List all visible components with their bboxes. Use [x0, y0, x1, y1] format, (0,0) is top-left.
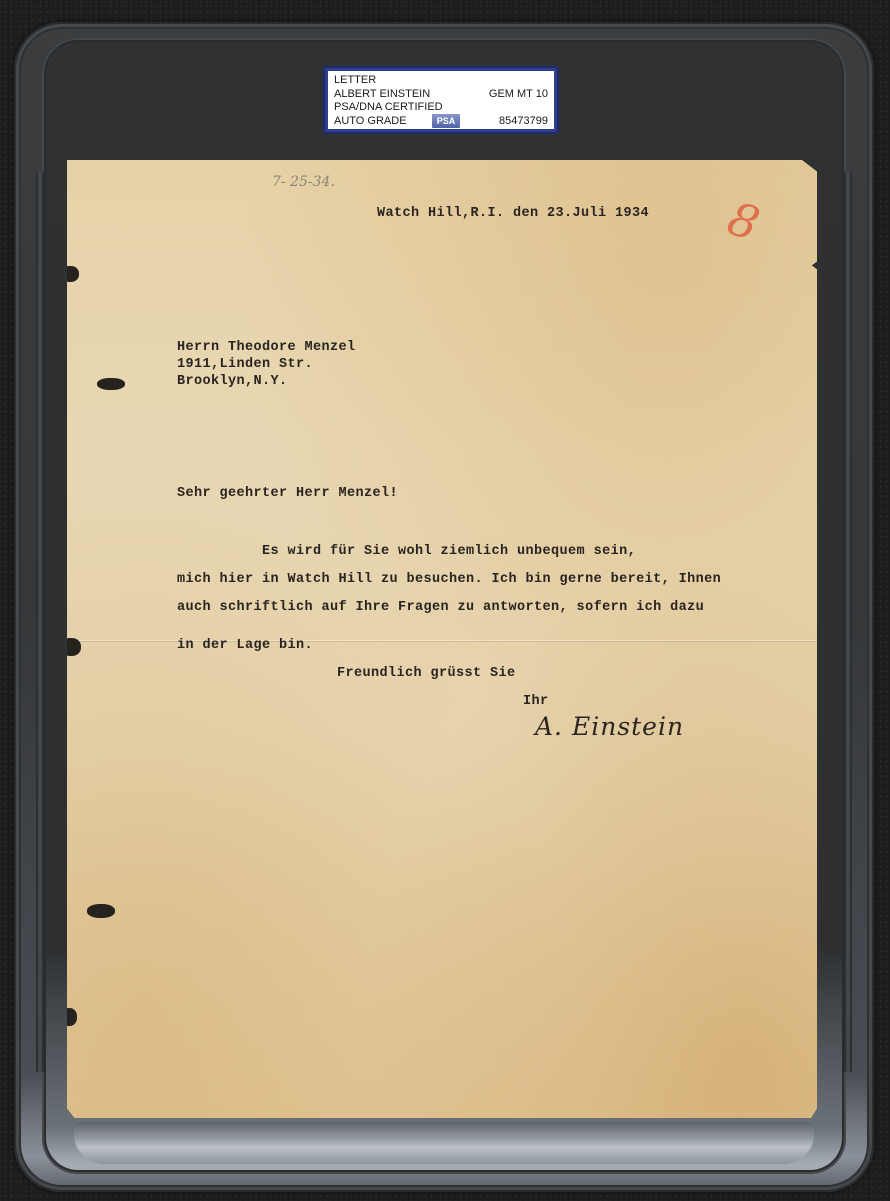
cert-number: 85473799 — [499, 115, 548, 129]
letter-paper: 7- 25-34. 8 Watch Hill,R.I. den 23.Juli … — [67, 160, 817, 1118]
dateline: Watch Hill,R.I. den 23.Juli 1934 — [377, 206, 649, 221]
grade: GEM MT 10 — [489, 88, 548, 102]
grade-type: AUTO GRADE — [334, 115, 407, 129]
closing: Freundlich grüsst Sie — [337, 666, 516, 681]
address-line-3: Brooklyn,N.Y. — [177, 374, 288, 389]
einstein-signature: A. Einstein — [535, 712, 684, 741]
body-line-2: mich hier in Watch Hill zu besuchen. Ich… — [177, 572, 721, 587]
closing-pronoun: Ihr — [523, 694, 549, 709]
item-type: LETTER — [334, 74, 376, 88]
label-row-2: ALBERT EINSTEIN GEM MT 10 — [334, 88, 548, 102]
label-inner: LETTER ALBERT EINSTEIN GEM MT 10 PSA/DNA… — [328, 71, 554, 129]
address-line-2: 1911,Linden Str. — [177, 357, 313, 372]
slab-left-rail — [36, 172, 44, 1072]
psa-certification-label: LETTER ALBERT EINSTEIN GEM MT 10 PSA/DNA… — [323, 66, 559, 134]
slab-bottom-edge — [74, 1122, 814, 1164]
red-pencil-mark: 8 — [721, 191, 766, 251]
certification-text: PSA/DNA CERTIFIED — [334, 101, 443, 115]
body-line-4: in der Lage bin. — [177, 638, 313, 653]
salutation: Sehr geehrter Herr Menzel! — [177, 486, 398, 501]
psa-logo-icon: PSA — [432, 114, 460, 128]
pencil-date-note: 7- 25-34. — [272, 174, 335, 190]
body-line-3: auch schriftlich auf Ihre Fragen zu antw… — [177, 600, 704, 615]
signer-name: ALBERT EINSTEIN — [334, 88, 430, 102]
label-row-3: PSA/DNA CERTIFIED — [334, 101, 548, 115]
body-line-1: Es wird für Sie wohl ziemlich unbequem s… — [177, 544, 636, 559]
address-line-1: Herrn Theodore Menzel — [177, 340, 356, 355]
punch-hole — [97, 378, 125, 390]
punch-hole — [87, 904, 115, 918]
slab-right-rail — [844, 172, 852, 1072]
label-row-1: LETTER — [334, 74, 548, 88]
